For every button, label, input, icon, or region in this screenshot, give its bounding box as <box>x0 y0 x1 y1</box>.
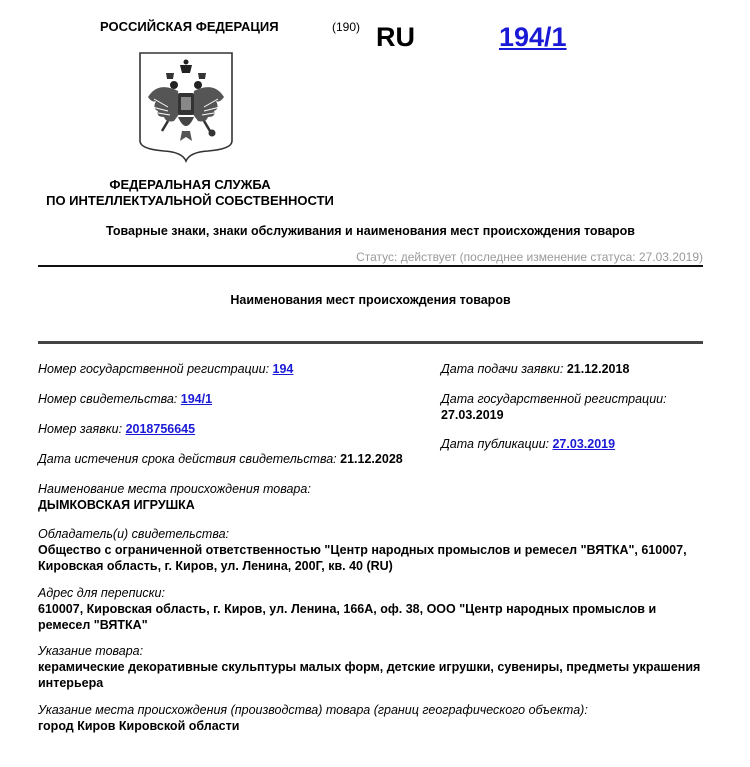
field-label: Номер заявки: <box>38 422 122 436</box>
field-certificate-number: Номер свидетельства: 194/1 <box>38 391 212 407</box>
agency-line2: ПО ИНТЕЛЛЕКТУАЛЬНОЙ СОБСТВЕННОСТИ <box>30 193 350 209</box>
field-label: Дата публикации: <box>441 437 549 451</box>
field-application-number: Номер заявки: 2018756645 <box>38 421 195 437</box>
field-publication-date: Дата публикации: 27.03.2019 <box>441 436 615 452</box>
block-origin-name: Наименование места происхождения товара:… <box>38 481 703 513</box>
certificate-number-link[interactable]: 194/1 <box>181 392 212 406</box>
block-address: Адрес для переписки: 610007, Кировская о… <box>38 585 703 633</box>
block-value: Общество с ограниченной ответственностью… <box>38 542 703 574</box>
block-label: Наименование места происхождения товара: <box>38 481 703 497</box>
block-value: ДЫМКОВСКАЯ ИГРУШКА <box>38 497 703 513</box>
coat-of-arms-icon <box>138 51 234 163</box>
field-label: Дата государственной регистрации: <box>441 391 701 407</box>
field-reg-number: Номер государственной регистрации: 194 <box>38 361 293 377</box>
block-holder: Обладатель(и) свидетельства: Общество с … <box>38 526 703 574</box>
application-number-link[interactable]: 2018756645 <box>126 422 196 436</box>
block-goods: Указание товара: керамические декоративн… <box>38 643 703 691</box>
field-label: Номер свидетельства: <box>38 392 177 406</box>
inid-code: (190) <box>332 20 360 34</box>
reg-number-link[interactable]: 194 <box>273 362 294 376</box>
divider <box>38 341 703 344</box>
block-label: Указание места происхождения (производст… <box>38 702 703 718</box>
block-value: керамические декоративные скульптуры мал… <box>38 659 703 691</box>
block-value: город Киров Кировской области <box>38 718 703 734</box>
section-title: Наименования мест происхождения товаров <box>38 293 703 307</box>
country-name: РОССИЙСКАЯ ФЕДЕРАЦИЯ <box>100 19 279 34</box>
country-code: RU <box>376 22 415 53</box>
divider <box>38 265 703 267</box>
block-label: Указание товара: <box>38 643 703 659</box>
field-filing-date: Дата подачи заявки: 21.12.2018 <box>441 361 629 377</box>
publication-date-link[interactable]: 27.03.2019 <box>552 437 615 451</box>
field-registration-date: Дата государственной регистрации: 27.03.… <box>441 391 701 423</box>
field-expiry-date: Дата истечения срока действия свидетельс… <box>38 451 403 467</box>
field-value: 21.12.2028 <box>340 452 403 466</box>
field-label: Дата подачи заявки: <box>441 362 563 376</box>
field-label: Дата истечения срока действия свидетельс… <box>38 452 337 466</box>
block-label: Обладатель(и) свидетельства: <box>38 526 703 542</box>
field-value: 21.12.2018 <box>567 362 630 376</box>
status-text: Статус: действует (последнее изменение с… <box>356 250 703 264</box>
field-value: 27.03.2019 <box>441 407 701 423</box>
block-label: Адрес для переписки: <box>38 585 703 601</box>
document-number-link[interactable]: 194/1 <box>499 22 567 53</box>
block-origin-place: Указание места происхождения (производст… <box>38 702 703 734</box>
registry-title: Товарные знаки, знаки обслуживания и наи… <box>38 224 703 238</box>
agency-line1: ФЕДЕРАЛЬНАЯ СЛУЖБА <box>30 177 350 193</box>
block-value: 610007, Кировская область, г. Киров, ул.… <box>38 601 703 633</box>
agency-name: ФЕДЕРАЛЬНАЯ СЛУЖБА ПО ИНТЕЛЛЕКТУАЛЬНОЙ С… <box>30 177 350 209</box>
field-label: Номер государственной регистрации: <box>38 362 269 376</box>
